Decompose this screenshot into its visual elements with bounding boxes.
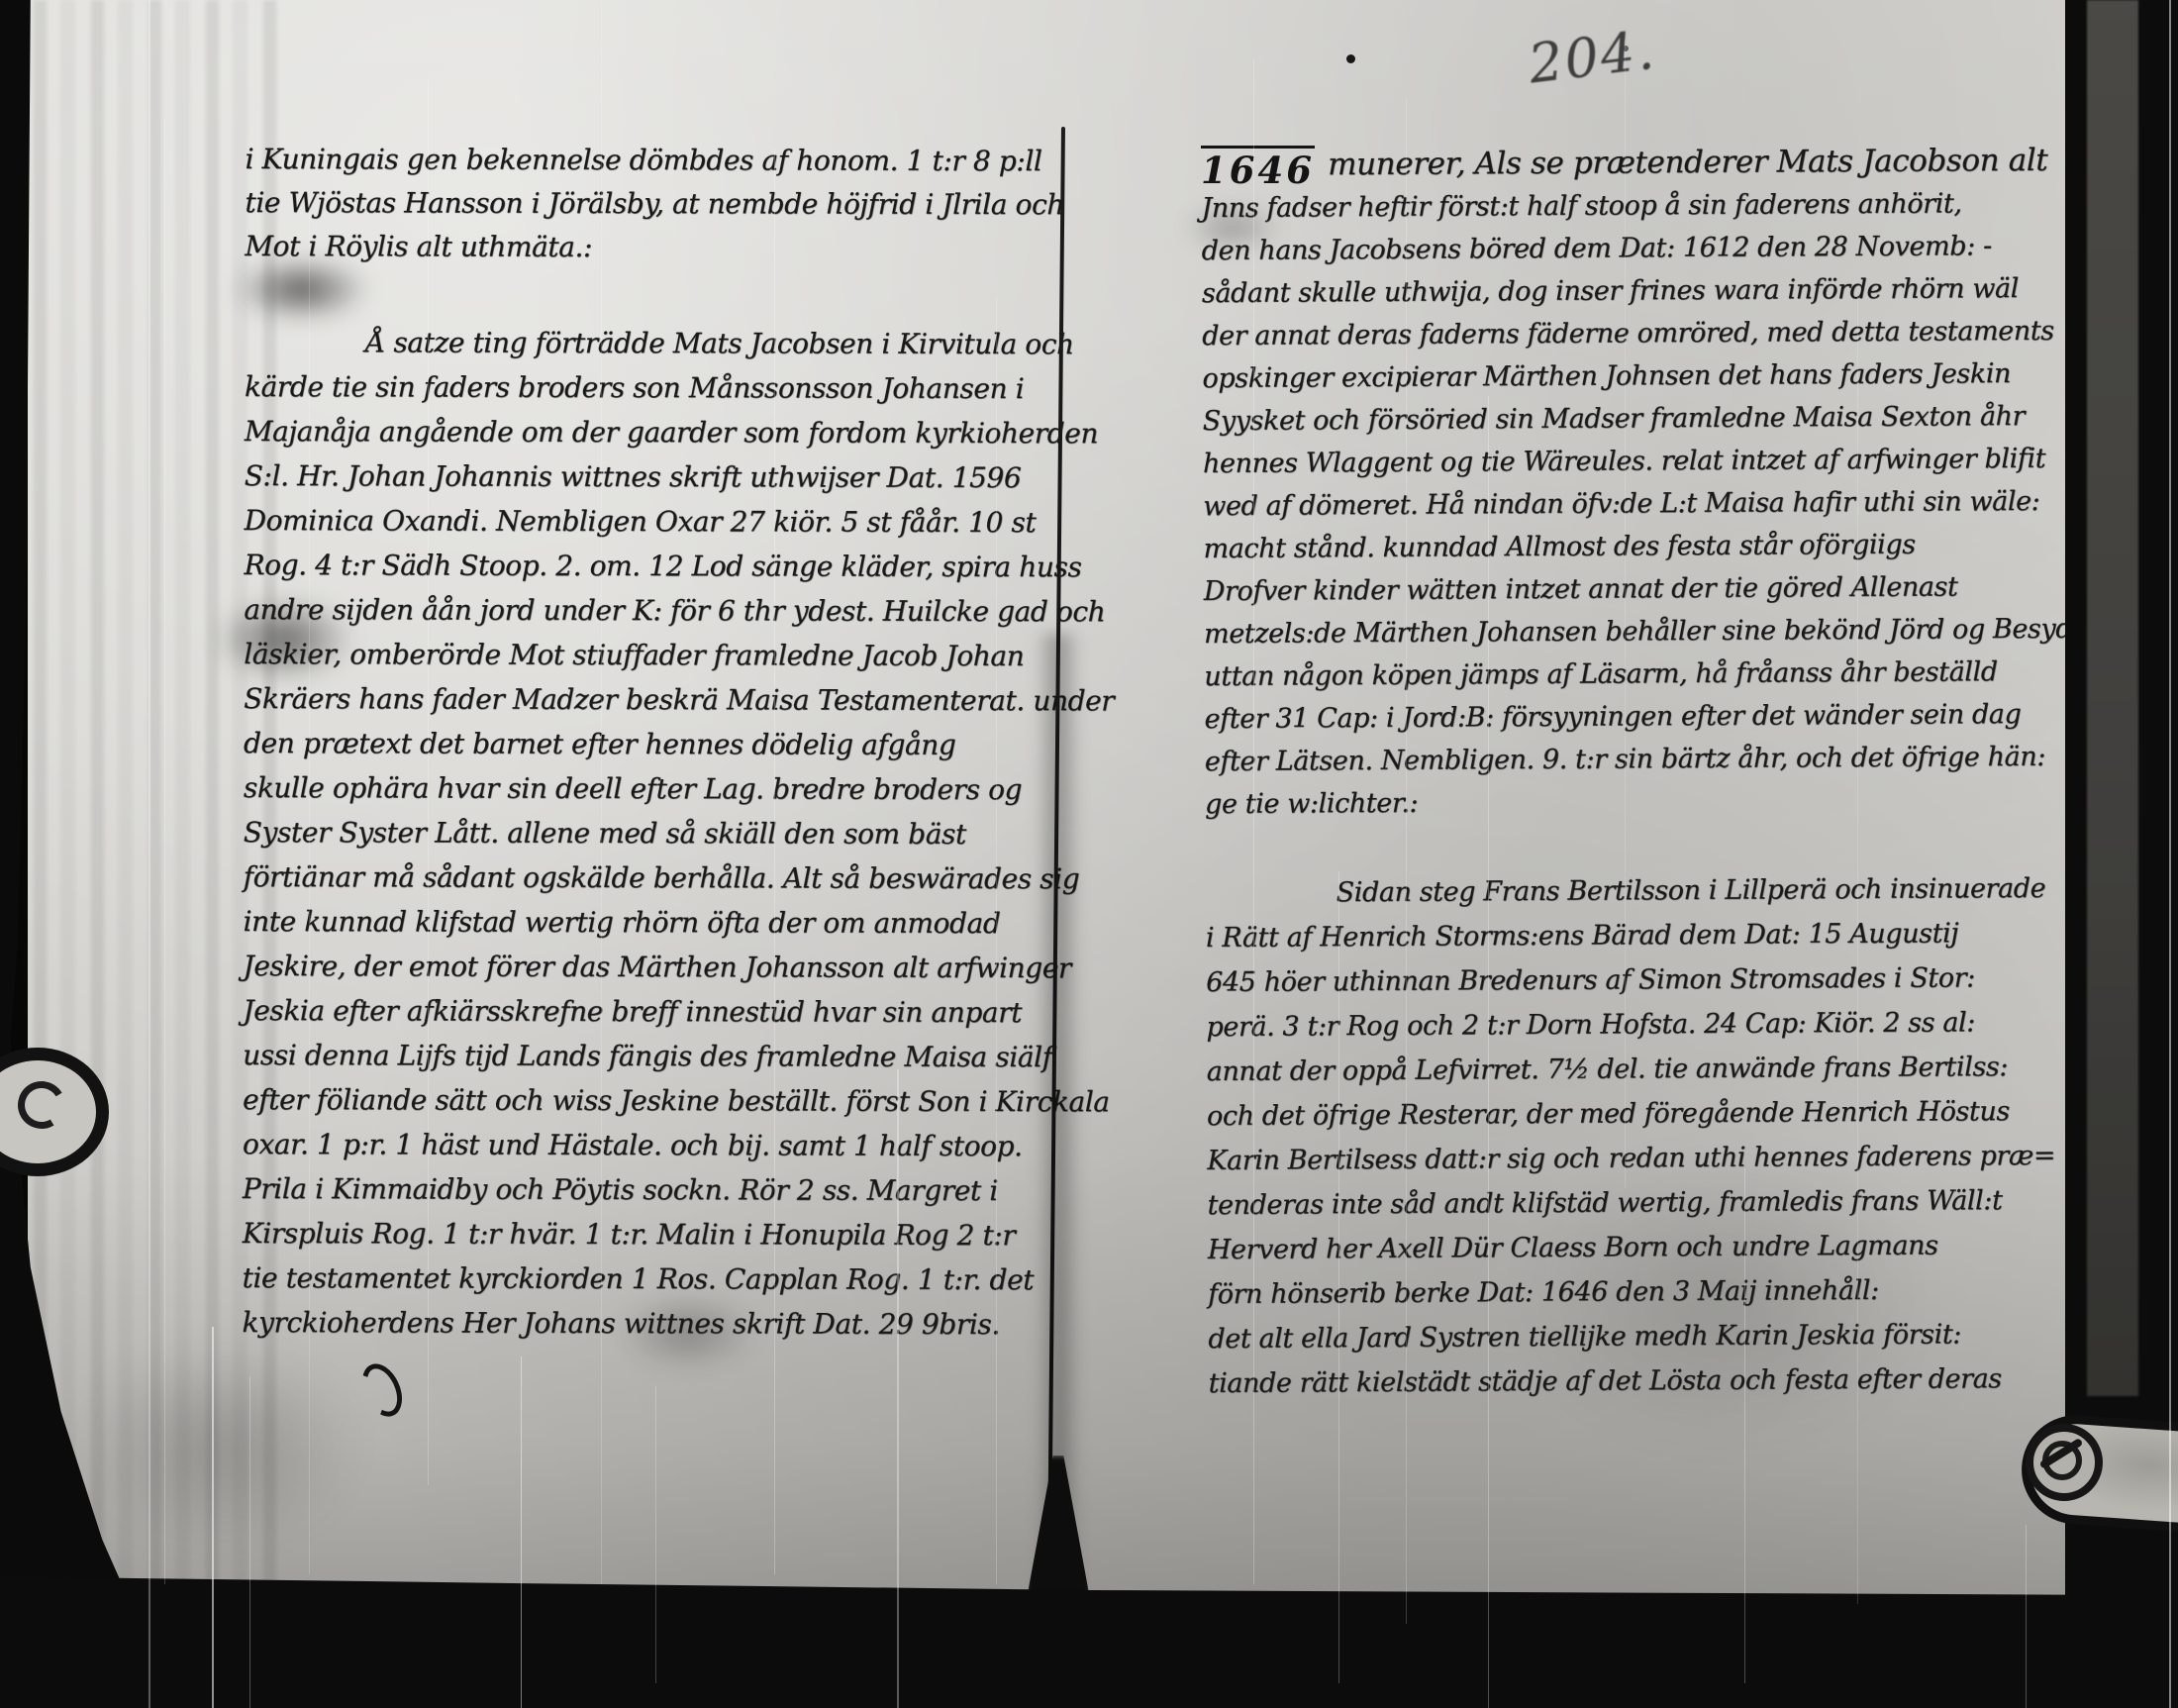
paragraph: munerer, Als se prætenderer Mats Jacobso…	[1201, 140, 2076, 826]
manuscript-line: efter föliande sätt och wiss Jeskine bes…	[243, 1077, 1039, 1124]
manuscript-line: Syster Syster Lått. allene med så skiäll…	[244, 810, 1040, 856]
manuscript-line: ge tie w:lichter.:	[1205, 778, 2076, 826]
manuscript-line: Kirspluis Rog. 1 t:r hvär. 1 t:r. Malin …	[243, 1211, 1039, 1257]
manuscript-line: Rog. 4 t:r Sädh Stoop. 2. om. 12 Lod sän…	[244, 543, 1040, 589]
manuscript-line: skulle ophära hvar sin deell efter Lag. …	[244, 765, 1040, 812]
ink-speck	[1346, 54, 1355, 63]
film-scratch	[996, 297, 997, 1584]
manuscript-line: tie Wjöstas Hansson i Jörälsby, at nembd…	[245, 181, 1041, 227]
manuscript-line: metzels:de Märthen Johansen behåller sin…	[1204, 608, 2075, 655]
manuscript-line: inte kunnad klifstad wertig rhörn öfta d…	[243, 899, 1039, 946]
manuscript-line: Skräers hans fader Madzer beskrä Maisa T…	[244, 676, 1040, 723]
film-scratch	[309, 198, 310, 1574]
film-scratch	[164, 119, 165, 1584]
film-scratch	[655, 1386, 656, 1683]
manuscript-line: den hans Jacobsens böred dem Dat: 1612 d…	[1202, 225, 2073, 272]
manuscript-line: efter 31 Cap: i Jord:B: försyyningen eft…	[1204, 693, 2075, 741]
film-scratch	[428, 79, 429, 1485]
left-page-text: i Kuningais gen bekennelse dömbdes af ho…	[242, 138, 1041, 1347]
manuscript-scan: 204. i Kuningais gen bekennelse dömbdes …	[0, 0, 2178, 1708]
manuscript-line: uttan någon köpen jämps af Läsarm, hå fr…	[1204, 651, 2075, 698]
manuscript-line: macht stånd. kunndad Allmost des festa s…	[1203, 523, 2074, 570]
manuscript-line: läskier, omberörde Mot stiuffader framle…	[244, 632, 1040, 678]
paragraph: i Kuningais gen bekennelse dömbdes af ho…	[245, 138, 1041, 270]
manuscript-line: Majanåja angående om der gaarder som for…	[245, 409, 1041, 455]
right-page-text: munerer, Als se prætenderer Mats Jacobso…	[1201, 140, 2080, 1406]
manuscript-line: perä. 3 t:r Rog och 2 t:r Dorn Hofsta. 2…	[1206, 1000, 2077, 1050]
manuscript-line: Jeskire, der emot förer das Märthen Joha…	[243, 944, 1039, 990]
film-scratch	[774, 149, 775, 1574]
book-cover-strip	[2087, 0, 2138, 1396]
film-scratch	[1625, 40, 1626, 1188]
manuscript-line: ussi denna Lijfs tijd Lands fängis des f…	[243, 1033, 1039, 1079]
manuscript-line: annat der oppå Lefvirret. 7½ del. tie an…	[1207, 1045, 2078, 1094]
manuscript-line: Mot i Röylis alt uthmäta.:	[245, 225, 1041, 270]
manuscript-line: Å satze ting förträdde Mats Jacobsen i K…	[245, 320, 1041, 366]
manuscript-line: munerer, Als se prætenderer Mats Jacobso…	[1201, 140, 2072, 187]
manuscript-line: der annat deras faderns fäderne omröred,…	[1202, 310, 2073, 357]
film-scratch	[897, 1069, 899, 1708]
film-scratch	[2026, 1525, 2027, 1708]
film-scratch	[2169, 0, 2171, 1708]
film-scratch	[1406, 99, 1407, 1624]
paragraph: Sidan steg Frans Bertilsson i Lillperä o…	[1205, 866, 2079, 1406]
manuscript-line: oxar. 1 p:r. 1 häst und Hästale. och bij…	[243, 1122, 1039, 1168]
film-scratch	[1488, 396, 1489, 1708]
film-scratch	[148, 0, 150, 1708]
manuscript-line: och det öfrige Resterar, der med föregåe…	[1207, 1089, 2078, 1139]
manuscript-line: kyrckioherdens Her Johans wittnes skrift…	[242, 1300, 1039, 1347]
manuscript-line: Sidan steg Frans Bertilsson i Lillperä o…	[1205, 866, 2076, 916]
manuscript-line: wed af dömeret. Hå nindan öfv:de L:t Mai…	[1203, 480, 2074, 528]
film-scratch	[1253, 59, 1254, 1584]
film-scratch	[212, 1327, 214, 1708]
paragraph: Å satze ting förträdde Mats Jacobsen i K…	[242, 320, 1041, 1347]
manuscript-line: Jeskia efter afkiärsskrefne breff innest…	[243, 988, 1039, 1035]
manuscript-line: hennes Wlaggent og tie Wäreules. relat i…	[1203, 438, 2074, 485]
film-scratch	[521, 1356, 522, 1708]
manuscript-line: Dominica Oxandi. Nembligen Oxar 27 kiör.…	[245, 498, 1041, 545]
film-scratch	[249, 1376, 250, 1708]
manuscript-line: Prila i Kimmaidby och Pöytis sockn. Rör …	[243, 1166, 1039, 1213]
film-scratch	[601, 0, 602, 1584]
manuscript-line: 645 höer uthinnan Bredenurs af Simon Str…	[1206, 955, 2077, 1005]
film-scratch	[1338, 871, 1339, 1683]
manuscript-line: Syysket och försöried sin Madser framled…	[1203, 395, 2074, 443]
manuscript-line: efter Lätsen. Nembligen. 9. t:r sin bärt…	[1205, 736, 2076, 783]
manuscript-line: i Kuningais gen bekennelse dömbdes af ho…	[245, 138, 1041, 183]
manuscript-line: förtiänar må sådant ogskälde berhålla. A…	[244, 854, 1040, 901]
manuscript-line: tie testamentet kyrckiorden 1 Ros. Cappl…	[243, 1256, 1039, 1302]
manuscript-line: i Rätt af Henrich Storms:ens Bärad dem D…	[1206, 911, 2077, 960]
manuscript-line: Jnns fadser heftir först:t half stoop å …	[1201, 182, 2072, 230]
manuscript-line: kärde tie sin faders broders son Månsson…	[245, 364, 1041, 411]
manuscript-line: den prætext det barnet efter hennes döde…	[244, 721, 1040, 767]
manuscript-line: sådant skulle uthwija, dog inser frines …	[1202, 267, 2073, 315]
manuscript-line: Drofver kinder wätten intzet annat der t…	[1204, 565, 2075, 613]
manuscript-line: andre sijden åån jord under K: för 6 thr…	[244, 587, 1040, 634]
manuscript-line: opskinger excipierar Märthen Johnsen det…	[1202, 352, 2073, 400]
manuscript-line: S:l. Hr. Johan Johannis wittnes skrift u…	[245, 453, 1041, 500]
film-scratch	[1857, 297, 1858, 1604]
film-scratch	[1744, 1168, 1745, 1683]
